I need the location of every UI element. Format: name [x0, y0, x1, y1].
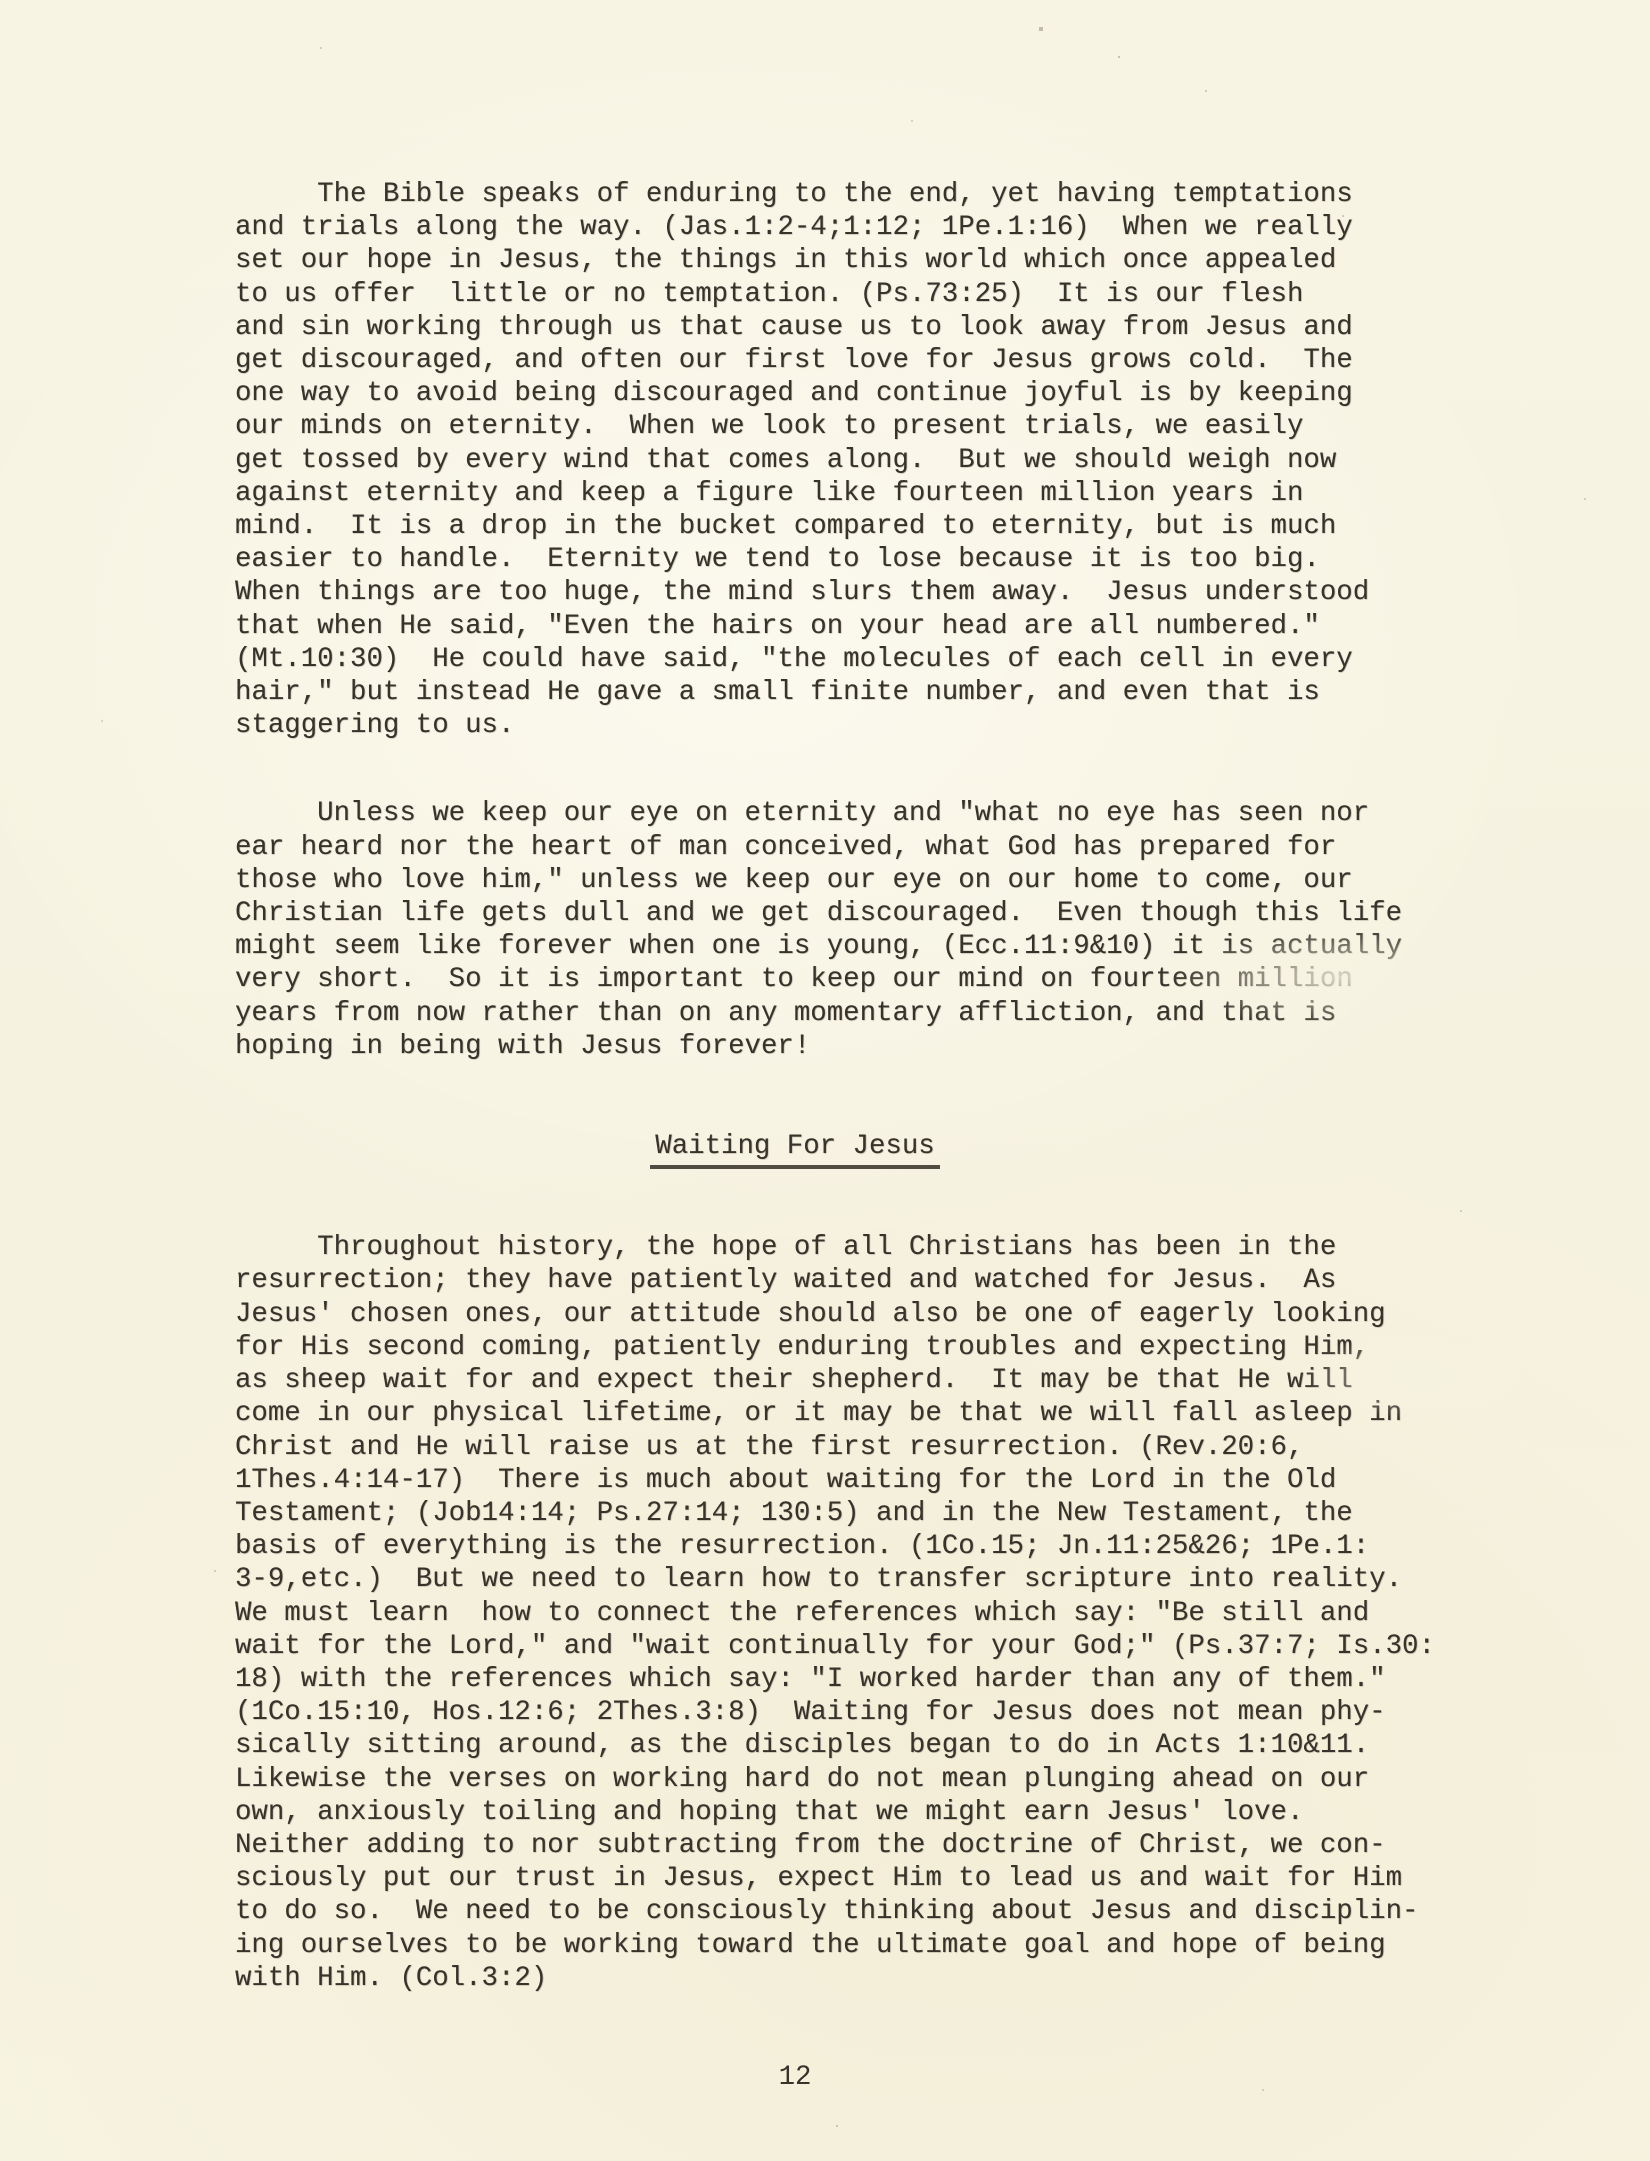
text-line: those who love him," unless we keep our …: [235, 864, 1355, 897]
text-line: set our hope in Jesus, the things in thi…: [235, 244, 1355, 277]
text-line: hoping in being with Jesus forever!: [235, 1030, 1355, 1063]
text-line: with Him. (Col.3:2): [235, 1962, 1355, 1995]
text-line: staggering to us.: [235, 709, 1355, 742]
text-line: 3-9,etc.) But we need to learn how to tr…: [235, 1563, 1355, 1596]
page-number: 12: [779, 2061, 812, 2094]
text-line: to do so. We need to be consciously thin…: [235, 1895, 1355, 1928]
text-line: for His second coming, patiently endurin…: [235, 1331, 1355, 1364]
text-line: easier to handle. Eternity we tend to lo…: [235, 543, 1355, 576]
text-line: to us offer little or no temptation. (Ps…: [235, 278, 1355, 311]
text-line: 18) with the references which say: "I wo…: [235, 1663, 1355, 1696]
text-line: against eternity and keep a figure like …: [235, 477, 1355, 510]
text-line: own, anxiously toiling and hoping that w…: [235, 1796, 1355, 1829]
text-line: When things are too huge, the mind slurs…: [235, 576, 1355, 609]
text-line: Christ and He will raise us at the first…: [235, 1431, 1355, 1464]
text-line: Neither adding to nor subtracting from t…: [235, 1829, 1355, 1862]
text-line: and sin working through us that cause us…: [235, 311, 1355, 344]
page-footer: 12: [235, 2061, 1355, 2094]
text-line: Testament; (Job14:14; Ps.27:14; 130:5) a…: [235, 1497, 1355, 1530]
text-line: sciously put our trust in Jesus, expect …: [235, 1862, 1355, 1895]
text-line: We must learn how to connect the referen…: [235, 1597, 1355, 1630]
text-line: our minds on eternity. When we look to p…: [235, 410, 1355, 443]
text-line: Likewise the verses on working hard do n…: [235, 1763, 1355, 1796]
section-heading: Waiting For Jesus: [235, 1130, 1355, 1169]
text-line: that when He said, "Even the hairs on yo…: [235, 610, 1355, 643]
text-line: get tossed by every wind that comes alon…: [235, 444, 1355, 477]
text-line: hair," but instead He gave a small finit…: [235, 676, 1355, 709]
text-line: 1Thes.4:14-17) There is much about waiti…: [235, 1464, 1355, 1497]
text-line: and trials along the way. (Jas.1:2-4;1:1…: [235, 211, 1355, 244]
paragraph-eye-on-eternity: Unless we keep our eye on eternity and "…: [235, 797, 1355, 1063]
scan-speckle-artifact: [0, 0, 2, 2]
paragraph-throughout-history: Throughout history, the hope of all Chri…: [235, 1231, 1355, 1995]
text-line: Christian life gets dull and we get disc…: [235, 897, 1355, 930]
text-line: Unless we keep our eye on eternity and "…: [235, 797, 1355, 830]
text-line: The Bible speaks of enduring to the end,…: [235, 178, 1355, 211]
text-line: Throughout history, the hope of all Chri…: [235, 1231, 1355, 1264]
text-line: very short. So it is important to keep o…: [235, 963, 1355, 996]
text-line: (Mt.10:30) He could have said, "the mole…: [235, 643, 1355, 676]
text-line: Jesus' chosen ones, our attitude should …: [235, 1298, 1355, 1331]
text-line: one way to avoid being discouraged and c…: [235, 377, 1355, 410]
text-line: ear heard nor the heart of man conceived…: [235, 831, 1355, 864]
text-line: mind. It is a drop in the bucket compare…: [235, 510, 1355, 543]
paragraph-enduring-to-the-end: The Bible speaks of enduring to the end,…: [235, 178, 1355, 742]
text-line: (1Co.15:10, Hos.12:6; 2Thes.3:8) Waiting…: [235, 1696, 1355, 1729]
text-line: might seem like forever when one is youn…: [235, 930, 1355, 963]
text-line: get discouraged, and often our first lov…: [235, 344, 1355, 377]
text-line: years from now rather than on any moment…: [235, 997, 1355, 1030]
scanned-page-text-column: The Bible speaks of enduring to the end,…: [235, 0, 1355, 2094]
text-line: resurrection; they have patiently waited…: [235, 1264, 1355, 1297]
text-line: come in our physical lifetime, or it may…: [235, 1397, 1355, 1430]
text-line: ing ourselves to be working toward the u…: [235, 1929, 1355, 1962]
text-line: as sheep wait for and expect their sheph…: [235, 1364, 1355, 1397]
text-line: wait for the Lord," and "wait continuall…: [235, 1630, 1355, 1663]
section-heading-text: Waiting For Jesus: [650, 1130, 939, 1169]
text-line: sically sitting around, as the disciples…: [235, 1729, 1355, 1762]
text-line: basis of everything is the resurrection.…: [235, 1530, 1355, 1563]
